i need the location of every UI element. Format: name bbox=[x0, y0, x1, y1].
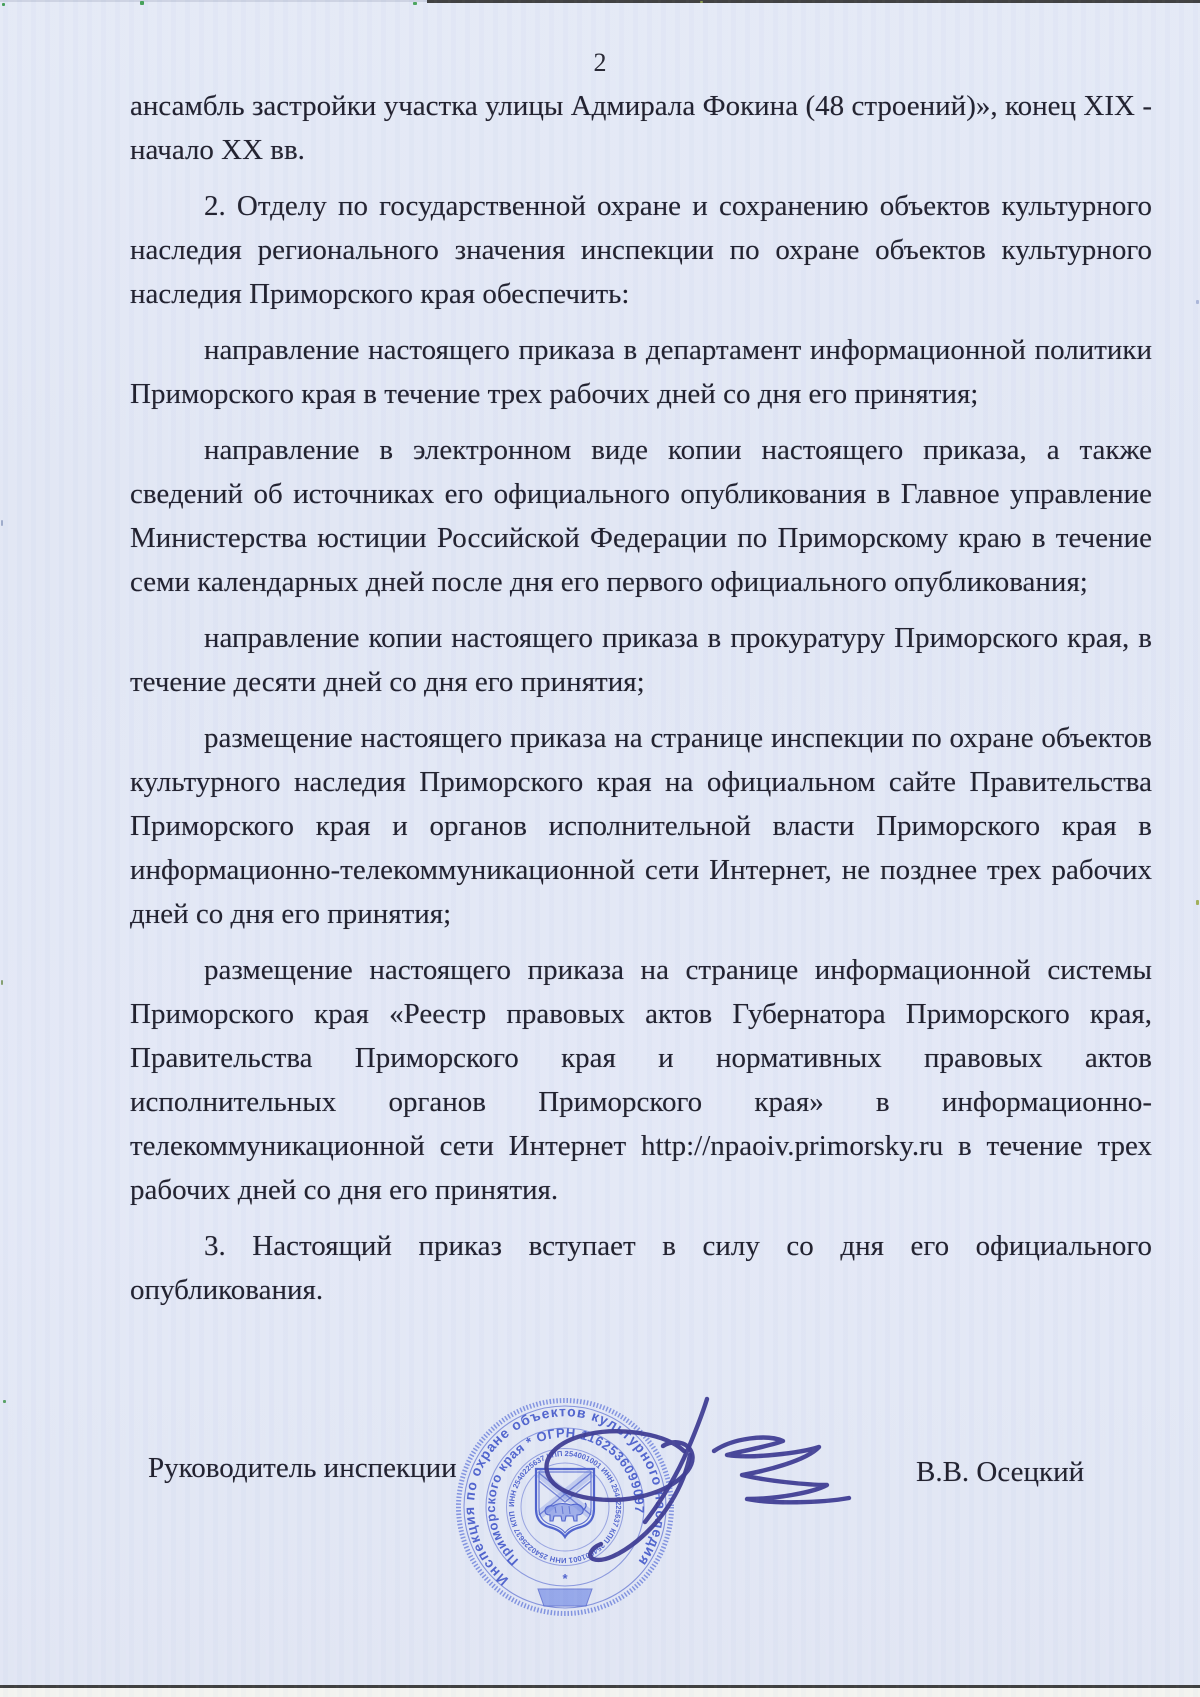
paragraph: 2. Отделу по государственной охране и со… bbox=[130, 184, 1152, 316]
scan-edge-top bbox=[427, 0, 1200, 3]
noise-speck bbox=[2, 3, 5, 6]
scan-bottom-strip bbox=[0, 1688, 1200, 1697]
noise-speck bbox=[1196, 900, 1199, 905]
signer-name: В.В. Осецкий bbox=[916, 1456, 1084, 1489]
paragraph: направление копии настоящего приказа в п… bbox=[130, 616, 1152, 704]
noise-speck bbox=[140, 1, 144, 5]
noise-speck bbox=[1196, 300, 1199, 304]
paragraph: ансамбль застройки участка улицы Адмирал… bbox=[130, 84, 1152, 172]
scan-edge-top-left bbox=[0, 0, 427, 2]
handwritten-signature bbox=[500, 1270, 900, 1590]
scanned-document-page: 2 ансамбль застройки участка улицы Адмир… bbox=[0, 0, 1200, 1697]
role-label: Руководитель инспекции bbox=[148, 1452, 457, 1485]
paragraph: размещение настоящего приказа на страниц… bbox=[130, 948, 1152, 1212]
noise-speck bbox=[413, 2, 417, 5]
noise-speck bbox=[1, 520, 3, 526]
document-body: ансамбль застройки участка улицы Адмирал… bbox=[130, 84, 1152, 1324]
paragraph: размещение настоящего приказа на страниц… bbox=[130, 716, 1152, 936]
page-number: 2 bbox=[0, 48, 1200, 78]
seal-bottom-banner bbox=[538, 1589, 592, 1606]
paragraph: направление в электронном виде копии нас… bbox=[130, 428, 1152, 604]
noise-speck bbox=[3, 1400, 6, 1403]
noise-speck bbox=[1, 980, 3, 985]
noise-speck bbox=[700, 1, 703, 3]
paragraph: направление настоящего приказа в департа… bbox=[130, 328, 1152, 416]
